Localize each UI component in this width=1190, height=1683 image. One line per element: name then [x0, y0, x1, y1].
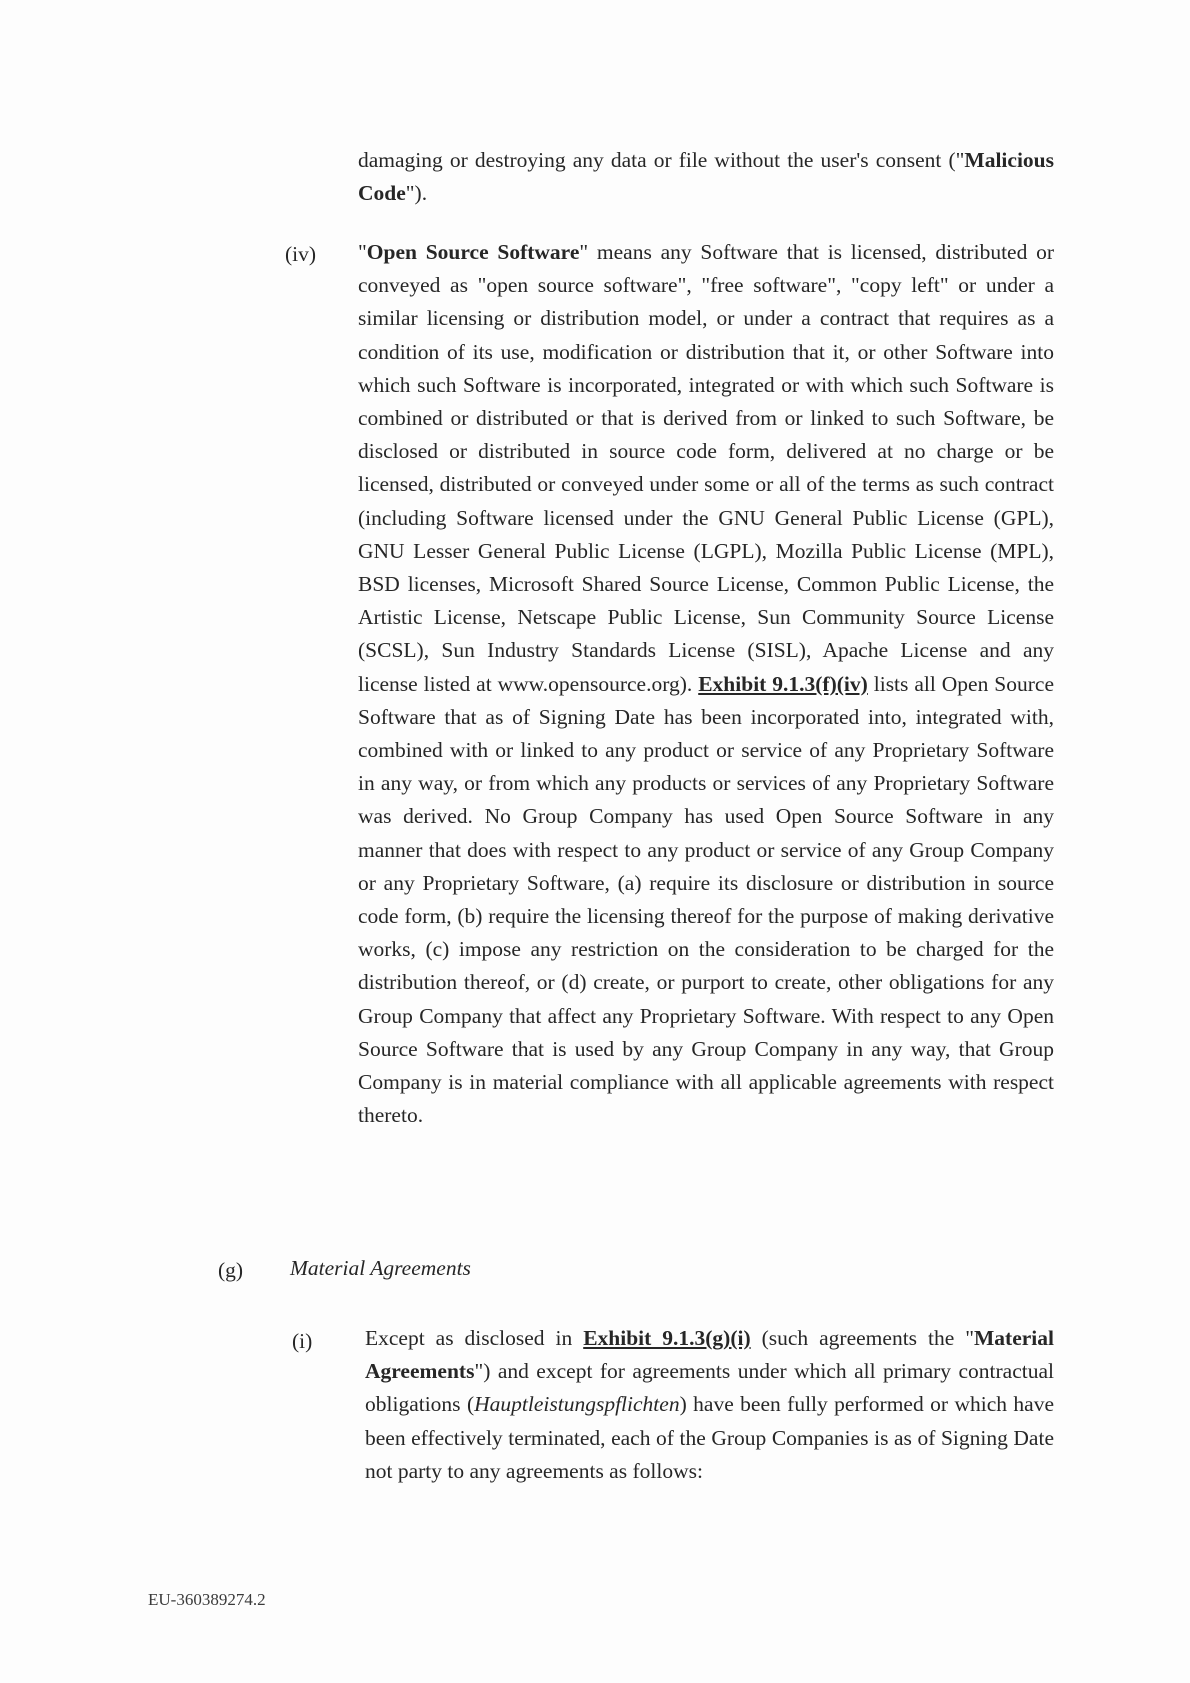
text: damaging or destroying any data or file … — [358, 148, 964, 172]
item-i-label: (i) — [292, 1325, 312, 1358]
exhibit-link-9-1-3-g-i[interactable]: Exhibit 9.1.3(g)(i) — [583, 1326, 750, 1350]
material-agreements-paragraph: Except as disclosed in Exhibit 9.1.3(g)(… — [365, 1322, 1054, 1488]
text: " — [358, 240, 367, 264]
open-source-software-definition: "Open Source Software" means any Softwar… — [358, 236, 1054, 1132]
document-id-footer: EU-360389274.2 — [148, 1590, 266, 1610]
text: "). — [406, 181, 427, 205]
text: " means any Software that is licensed, d… — [358, 240, 1054, 696]
item-iv-label: (iv) — [285, 238, 316, 271]
text: lists all Open Source Software that as o… — [358, 672, 1054, 1128]
text: Except as disclosed in — [365, 1326, 583, 1350]
text: (such agreements the " — [751, 1326, 974, 1350]
exhibit-link-9-1-3-f-iv[interactable]: Exhibit 9.1.3(f)(iv) — [698, 672, 868, 696]
german-term: Hauptleistungspflichten — [474, 1392, 679, 1416]
defined-term-open-source-software: Open Source Software — [367, 240, 580, 264]
section-g-label: (g) — [218, 1254, 243, 1287]
document-page: damaging or destroying any data or file … — [0, 0, 1190, 1683]
section-g-heading: Material Agreements — [290, 1252, 471, 1285]
malicious-code-continuation: damaging or destroying any data or file … — [358, 144, 1054, 210]
